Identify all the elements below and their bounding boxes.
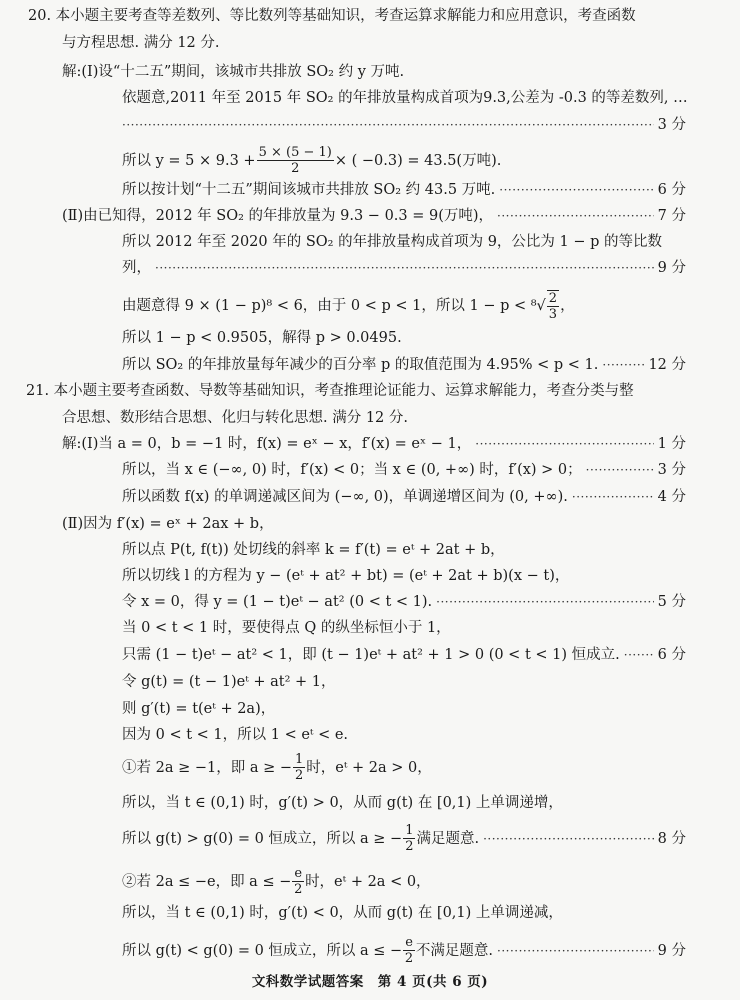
calc-prefix: 所以 y = 5 × 9.3 +: [122, 151, 256, 171]
q20-part1-conclusion-row: 所以按计划“十二五”期间该城市共排放 SO₂ 约 43.5 万吨. 6 分: [122, 180, 686, 200]
part2-line6: 只需 (1 − t)eᵗ − at² < 1，即 (t − 1)eᵗ + at²…: [122, 645, 620, 665]
score-label: 4 分: [658, 487, 686, 507]
q20-part2-line6-row: 所以 SO₂ 的年排放量每年减少的百分率 p 的取值范围为 4.95% < p …: [122, 355, 686, 375]
q20-part2-line3-row: 列， 9 分: [122, 258, 686, 278]
calc-suffix: × ( −0.3) = 43.5(万吨).: [335, 151, 501, 171]
fraction-numerator: 1: [293, 752, 305, 768]
dot-leader: [497, 206, 654, 226]
q20-part2-line2: 所以 2012 年至 2020 年的 SO₂ 的年排放量构成首项为 9，公比为 …: [122, 232, 662, 252]
q21-part2-line6-row: 只需 (1 − t)eᵗ − at² < 1，即 (t − 1)eᵗ + at²…: [122, 645, 686, 665]
case2-suffix: 时，eᵗ + 2a < 0，: [305, 872, 431, 892]
fraction-numerator: 2: [547, 291, 559, 307]
q21-part2-line9: 因为 0 < t < 1，所以 1 < eᵗ < e.: [122, 725, 348, 745]
q21-header-line2: 合思想、数形结合思想、化归与转化思想. 满分 12 分.: [62, 408, 408, 428]
part1-line3: 所以函数 f(x) 的单调递减区间为 (−∞, 0)，单调递增区间为 (0, +…: [122, 487, 568, 507]
q20-part1-calc: 所以 y = 5 × 9.3 + 5 × (5 − 1) 2 × ( −0.3)…: [122, 145, 501, 176]
q21-part1-line1-row: 解:(Ⅰ)当 a = 0，b = −1 时，f(x) = eˣ − x，f′(x…: [62, 434, 686, 454]
q21-part2-line5: 当 0 < t < 1 时，要使得点 Q 的纵坐标恒小于 1，: [122, 618, 451, 638]
fraction: 5 × (5 − 1) 2: [257, 145, 334, 176]
dot-leader: [122, 115, 654, 135]
q20-header-line1: 20. 本小题主要考查等差数列、等比数列等基础知识，考查运算求解能力和应用意识，…: [28, 6, 636, 26]
dot-leader: [499, 180, 653, 200]
fraction-denominator: 2: [405, 839, 413, 854]
score-label: 12 分: [648, 355, 686, 375]
fraction-numerator: e: [403, 935, 415, 951]
q20-score-row-3: 3 分: [122, 115, 686, 135]
part2-line4: 令 x = 0，得 y = (1 − t)eᵗ − at² (0 < t < 1…: [122, 592, 432, 612]
score-label: 6 分: [658, 645, 686, 665]
case1-line3-suffix: 满足题意.: [416, 829, 479, 849]
score-label: 3 分: [658, 115, 686, 135]
q21-part2-line2: 所以点 P(t, f(t)) 处切线的斜率 k = f′(t) = eᵗ + 2…: [122, 540, 505, 560]
q21-part1-line2-row: 所以，当 x ∈ (−∞, 0) 时，f′(x) < 0；当 x ∈ (0, +…: [122, 460, 686, 480]
q21-case1-line1: ①若 2a ≥ −1，即 a ≥ − 1 2 时，eᵗ + 2a > 0，: [122, 752, 432, 783]
score-label: 8 分: [658, 829, 686, 849]
fraction-denominator: 2: [405, 951, 413, 966]
score-label: 7 分: [658, 206, 686, 226]
q21-part1-line3-row: 所以函数 f(x) 的单调递减区间为 (−∞, 0)，单调递增区间为 (0, +…: [122, 487, 686, 507]
q21-part2-line7: 令 g(t) = (t − 1)eᵗ + at² + 1，: [122, 672, 336, 692]
fraction-denominator: 2: [294, 882, 302, 897]
q21-part2-line3: 所以切线 l 的方程为 y − (eᵗ + at² + bt) = (eᵗ + …: [122, 566, 569, 586]
inequality-suffix: ，: [560, 296, 575, 316]
answer-sheet-page: 20. 本小题主要考查等差数列、等比数列等基础知识，考查运算求解能力和应用意识，…: [0, 0, 740, 1000]
dot-leader: [475, 434, 653, 454]
score-label: 3 分: [658, 460, 686, 480]
part2-line3: 列，: [122, 258, 151, 278]
q21-part2-line1: (Ⅱ)因为 f′(x) = eˣ + 2ax + b，: [62, 514, 274, 534]
dot-leader: [497, 941, 654, 961]
fraction-denominator: 2: [291, 161, 299, 176]
dot-leader: [436, 592, 654, 612]
q21-case1-line2: 所以，当 t ∈ (0,1) 时，g′(t) > 0，从而 g(t) 在 [0,…: [122, 793, 563, 813]
score-label: 9 分: [658, 941, 686, 961]
case1-prefix: ①若 2a ≥ −1，即 a ≥ −: [122, 758, 292, 778]
fraction-numerator: e: [292, 866, 304, 882]
q20-part2-line5: 所以 1 − p < 0.9505，解得 p > 0.0495.: [122, 328, 402, 348]
part1-line2: 所以，当 x ∈ (−∞, 0) 时，f′(x) < 0；当 x ∈ (0, +…: [122, 460, 582, 480]
dot-leader: [572, 487, 654, 507]
q20-part1-line2: 依题意,2011 年至 2015 年 SO₂ 的年排放量构成首项为9.3,公差为…: [122, 88, 688, 108]
case2-prefix: ②若 2a ≤ −e，即 a ≤ −: [122, 872, 291, 892]
dot-leader: [155, 258, 654, 278]
fraction-numerator: 1: [403, 823, 415, 839]
q21-part2-line4-row: 令 x = 0，得 y = (1 − t)eᵗ − at² (0 < t < 1…: [122, 592, 686, 612]
case2-line3-suffix: 不满足题意.: [416, 941, 493, 961]
score-label: 9 分: [658, 258, 686, 278]
q20-part2-inequality: 由题意得 9 × (1 − p)⁸ < 6，由于 0 < p < 1，所以 1 …: [122, 290, 575, 322]
q21-header-line1: 21. 本小题主要考查函数、导数等基础知识，考查推理论证能力、运算求解能力，考查…: [26, 381, 634, 401]
inequality-prefix: 由题意得 9 × (1 − p)⁸ < 6，由于 0 < p < 1，所以 1 …: [122, 296, 546, 316]
fraction: e 2: [292, 866, 304, 897]
fraction: 1 2: [293, 752, 305, 783]
fraction-denominator: 3: [549, 307, 557, 322]
part1-line1: 解:(Ⅰ)当 a = 0，b = −1 时，f(x) = eˣ − x，f′(x…: [62, 434, 471, 454]
q20-header-line2: 与方程思想. 满分 12 分.: [62, 33, 220, 53]
part2-line1: (Ⅱ)由已知得，2012 年 SO₂ 的年排放量为 9.3 − 0.3 = 9(…: [62, 206, 493, 226]
dot-leader: [586, 460, 654, 480]
fraction: e 2: [403, 935, 415, 966]
q21-case1-line3-row: 所以 g(t) > g(0) = 0 恒成立，所以 a ≥ − 1 2 满足题意…: [122, 823, 686, 854]
dot-leader: [602, 355, 644, 375]
part2-line6: 所以 SO₂ 的年排放量每年减少的百分率 p 的取值范围为 4.95% < p …: [122, 355, 598, 375]
q20-part2-line1-row: (Ⅱ)由已知得，2012 年 SO₂ 的年排放量为 9.3 − 0.3 = 9(…: [62, 206, 686, 226]
fraction: 2 3: [547, 290, 559, 322]
q21-part2-line8: 则 g′(t) = t(eᵗ + 2a)，: [122, 699, 275, 719]
fraction: 1 2: [403, 823, 415, 854]
dot-leader: [624, 645, 654, 665]
fraction-denominator: 2: [295, 768, 303, 783]
case1-line3-prefix: 所以 g(t) > g(0) = 0 恒成立，所以 a ≥ −: [122, 829, 402, 849]
score-label: 1 分: [658, 434, 686, 454]
q21-case2-line2: 所以，当 t ∈ (0,1) 时，g′(t) < 0，从而 g(t) 在 [0,…: [122, 903, 563, 923]
q20-part1-intro: 解:(Ⅰ)设“十二五”期间，该城市共排放 SO₂ 约 y 万吨.: [62, 62, 404, 82]
conclusion-text: 所以按计划“十二五”期间该城市共排放 SO₂ 约 43.5 万吨.: [122, 180, 495, 200]
fraction-numerator: 5 × (5 − 1): [257, 145, 334, 161]
score-label: 5 分: [658, 592, 686, 612]
score-label: 6 分: [658, 180, 686, 200]
page-footer: 文科数学试题答案 第 4 页(共 6 页): [0, 970, 740, 990]
case2-line3-prefix: 所以 g(t) < g(0) = 0 恒成立，所以 a ≤ −: [122, 941, 402, 961]
case1-suffix: 时，eᵗ + 2a > 0，: [306, 758, 432, 778]
dot-leader: [483, 829, 654, 849]
q21-case2-line1: ②若 2a ≤ −e，即 a ≤ − e 2 时，eᵗ + 2a < 0，: [122, 866, 431, 897]
q21-case2-line3-row: 所以 g(t) < g(0) = 0 恒成立，所以 a ≤ − e 2 不满足题…: [122, 935, 686, 966]
